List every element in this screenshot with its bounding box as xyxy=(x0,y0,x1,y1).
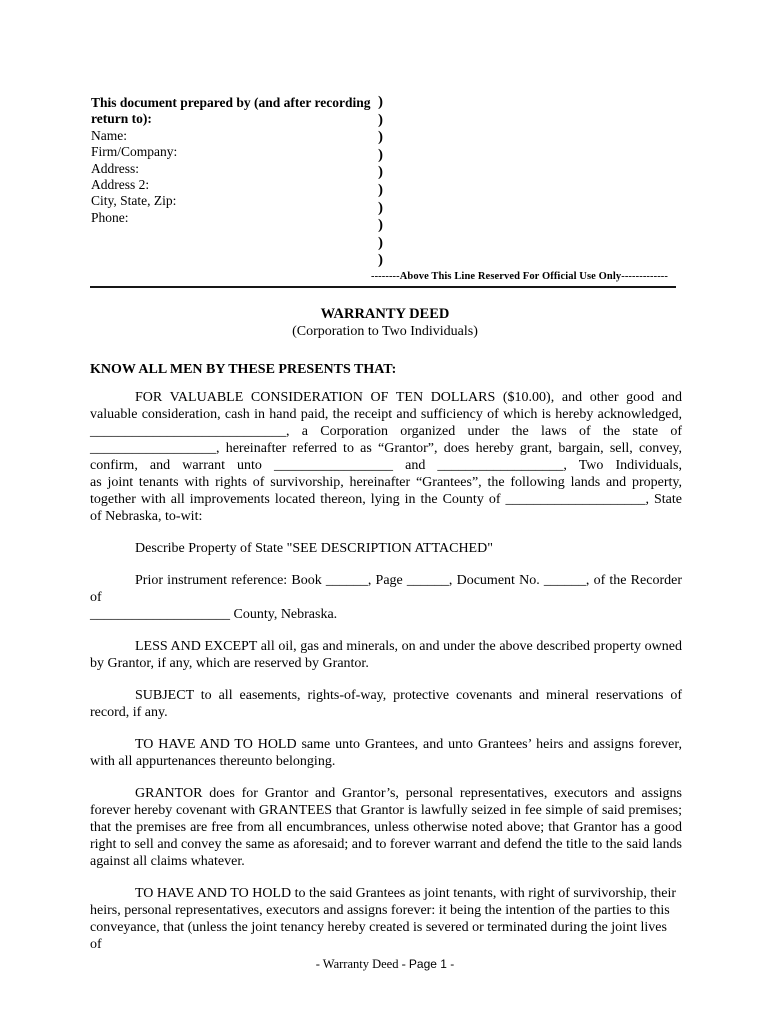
grantor-covenant-paragraph: GRANTOR does for Grantor and Grantor’s, … xyxy=(90,785,682,870)
text-line: as joint tenants with rights of survivor… xyxy=(90,474,682,491)
paren-mark: ) xyxy=(378,252,383,270)
title-block: WARRANTY DEED (Corporation to Two Indivi… xyxy=(0,306,770,340)
prepared-by-heading-line: return to): xyxy=(91,111,383,127)
text-line: with all appurtenances thereunto belongi… xyxy=(90,753,682,770)
prepared-by-field-label: Name: xyxy=(91,128,383,144)
text-line: LESS AND EXCEPT all oil, gas and mineral… xyxy=(90,638,682,655)
prepared-by-field-label: Address 2: xyxy=(91,177,383,193)
paren-mark: ) xyxy=(378,147,383,165)
paren-mark: ) xyxy=(378,235,383,253)
prepared-by-field-label: Phone: xyxy=(91,210,383,226)
paren-mark: ) xyxy=(378,94,383,112)
prepared-by-field-label: Firm/Company: xyxy=(91,144,383,160)
footer-page-label: Page 1 - xyxy=(409,957,454,971)
footer-deed-label: - Warranty Deed - xyxy=(316,957,406,971)
text-line: together with all improvements located t… xyxy=(90,491,682,508)
paren-mark: ) xyxy=(378,200,383,218)
document-subtitle: (Corporation to Two Individuals) xyxy=(0,323,770,340)
text-line: SUBJECT to all easements, rights-of-way,… xyxy=(90,687,682,704)
text-line: GRANTOR does for Grantor and Grantor’s, … xyxy=(90,785,682,802)
text-line: TO HAVE AND TO HOLD to the said Grantees… xyxy=(90,885,682,902)
text-line: valuable consideration, cash in hand pai… xyxy=(90,406,682,423)
subject-paragraph: SUBJECT to all easements, rights-of-way,… xyxy=(90,687,682,721)
prepared-by-block: This document prepared by (and after rec… xyxy=(91,95,383,226)
text-line: conveyance, that (unless the joint tenan… xyxy=(90,919,682,953)
consideration-paragraph: FOR VALUABLE CONSIDERATION OF TEN DOLLAR… xyxy=(90,389,682,525)
text-line: TO HAVE AND TO HOLD same unto Grantees, … xyxy=(90,736,682,753)
presents-heading: KNOW ALL MEN BY THESE PRESENTS THAT: xyxy=(90,362,396,378)
paren-column: )))))))))) xyxy=(378,94,383,270)
prior-instrument-paragraph: Prior instrument reference: Book ______,… xyxy=(90,572,682,623)
page-footer: - Warranty Deed - Page 1 - xyxy=(0,957,770,972)
text-line: heirs, personal representatives, executo… xyxy=(90,902,682,919)
text-line: by Grantor, if any, which are reserved b… xyxy=(90,655,682,672)
joint-tenants-paragraph: TO HAVE AND TO HOLD to the said Grantees… xyxy=(90,885,682,953)
document-title: WARRANTY DEED xyxy=(0,306,770,323)
text-line: Describe Property of State "SEE DESCRIPT… xyxy=(90,540,682,557)
to-have-and-to-hold-paragraph: TO HAVE AND TO HOLD same unto Grantees, … xyxy=(90,736,682,770)
text-line: right to sell and convey the same as afo… xyxy=(90,836,682,853)
text-line: confirm, and warrant unto ______________… xyxy=(90,457,682,474)
text-line: that the premises are free from all encu… xyxy=(90,819,682,836)
text-line: __________________, hereinafter referred… xyxy=(90,440,682,457)
text-line: forever hereby covenant with GRANTEES th… xyxy=(90,802,682,819)
horizontal-rule xyxy=(90,286,676,288)
prepared-by-field-label: Address: xyxy=(91,161,383,177)
text-line: ____________________ County, Nebraska. xyxy=(90,606,682,623)
describe-property-paragraph: Describe Property of State "SEE DESCRIPT… xyxy=(90,540,682,557)
text-line: Prior instrument reference: Book ______,… xyxy=(90,572,682,606)
text-line: of Nebraska, to-wit: xyxy=(90,508,682,525)
text-line: ____________________________, a Corporat… xyxy=(90,423,682,440)
body-paragraphs: FOR VALUABLE CONSIDERATION OF TEN DOLLAR… xyxy=(90,389,682,968)
prepared-by-labels: Name:Firm/Company:Address:Address 2:City… xyxy=(91,128,383,226)
official-use-only-label: --------Above This Line Reserved For Off… xyxy=(90,271,668,282)
prepared-by-heading-line: This document prepared by (and after rec… xyxy=(91,95,383,111)
warranty-deed-document-page: This document prepared by (and after rec… xyxy=(0,0,770,1024)
paren-mark: ) xyxy=(378,112,383,130)
text-line: FOR VALUABLE CONSIDERATION OF TEN DOLLAR… xyxy=(90,389,682,406)
less-and-except-paragraph: LESS AND EXCEPT all oil, gas and mineral… xyxy=(90,638,682,672)
paren-mark: ) xyxy=(378,217,383,235)
text-line: against all claims whatever. xyxy=(90,853,682,870)
prepared-by-field-label: City, State, Zip: xyxy=(91,193,383,209)
paren-mark: ) xyxy=(378,164,383,182)
text-line: record, if any. xyxy=(90,704,682,721)
paren-mark: ) xyxy=(378,129,383,147)
prepared-by-heading: This document prepared by (and after rec… xyxy=(91,95,383,128)
paren-mark: ) xyxy=(378,182,383,200)
